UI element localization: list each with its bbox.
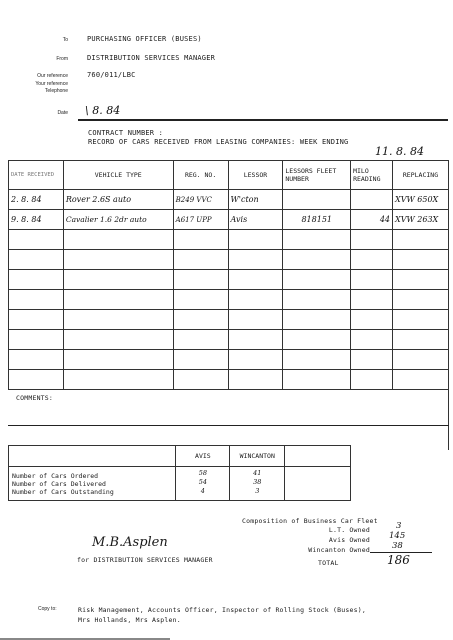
cell-milo: [351, 190, 393, 210]
label-delivered: Number of Cars Delivered: [12, 480, 172, 488]
signature: M.B.Asplen: [92, 535, 168, 550]
cars-received-table: DATE RECEIVED VEHICLE TYPE REG. NO. LESS…: [8, 160, 449, 390]
cell-empty: [173, 330, 228, 350]
our-reference-value: 760/011/LBC: [87, 71, 136, 79]
fleet-avis-label: Avis Owned: [300, 536, 370, 544]
from-value: DISTRIBUTION SERVICES MANAGER: [87, 54, 215, 62]
table-header-row: DATE RECEIVED VEHICLE TYPE REG. NO. LESS…: [9, 161, 449, 190]
cell-empty: [228, 290, 283, 310]
fleet-total-value: 186: [387, 553, 410, 567]
cell-empty: [393, 350, 449, 370]
from-label: From: [18, 56, 68, 62]
table-row: [9, 230, 449, 250]
cell-empty: [9, 230, 64, 250]
cell-empty: [173, 250, 228, 270]
table-row: [9, 290, 449, 310]
cell-empty: [63, 350, 173, 370]
cell-empty: [228, 370, 283, 390]
cell-empty: [351, 310, 393, 330]
cell-empty: [63, 250, 173, 270]
fleet-lt-value: 3: [396, 521, 401, 531]
cell-empty: [228, 230, 283, 250]
cell-empty: [393, 370, 449, 390]
our-reference-label: Our reference: [18, 73, 68, 79]
col-lessor: LESSOR: [228, 161, 283, 190]
cars-summary-table: AVIS WINCANTON Number of Cars Ordered Nu…: [8, 445, 351, 501]
wincanton-ordered: 41: [233, 469, 281, 478]
cell-empty: [351, 370, 393, 390]
cell-empty: [228, 350, 283, 370]
cell-empty: [283, 370, 351, 390]
contract-number-label: CONTRACT NUMBER :: [88, 129, 163, 137]
header-divider: [78, 119, 448, 121]
cell-empty: [283, 250, 351, 270]
comments-divider: [8, 425, 449, 426]
fleet-wincanton-label: Wincanton Owned: [290, 546, 370, 554]
table-row: 2. 8. 84 Rover 2.6S auto B249 VVC W'cton…: [9, 190, 449, 210]
cell-empty: [283, 350, 351, 370]
cell-empty: [63, 310, 173, 330]
summary-col-wincanton: WINCANTON: [230, 446, 285, 467]
cell-replacing: XVW 650X: [393, 190, 449, 210]
cell-empty: [173, 270, 228, 290]
cell-fleet-number: [283, 190, 351, 210]
avis-delivered: 54: [179, 478, 226, 487]
cell-empty: [351, 350, 393, 370]
avis-ordered: 58: [179, 469, 226, 478]
col-replacing: REPLACING: [393, 161, 449, 190]
col-lessors-fleet-number: LESSORS FLEET NUMBER: [283, 161, 351, 190]
cell-empty: [351, 330, 393, 350]
cell-milo: 44: [351, 210, 393, 230]
table-row: [9, 330, 449, 350]
cell-empty: [9, 370, 64, 390]
telephone-label: Telephone: [18, 88, 68, 94]
wincanton-delivered: 38: [233, 478, 281, 487]
copy-to-line1: Risk Management, Accounts Officer, Inspe…: [78, 606, 366, 614]
record-title: RECORD OF CARS RECEIVED FROM LEASING COM…: [88, 138, 348, 146]
page-frame-right: [448, 160, 449, 450]
copy-to-label: Copy to:: [38, 606, 57, 612]
cell-empty: [9, 250, 64, 270]
to-value: PURCHASING OFFICER (BUSES): [87, 35, 202, 43]
col-vehicle-type: VEHICLE TYPE: [63, 161, 173, 190]
cell-empty: [173, 290, 228, 310]
avis-outstanding: 4: [179, 487, 226, 496]
cell-empty: [283, 290, 351, 310]
cell-empty: [393, 330, 449, 350]
cell-empty: [63, 330, 173, 350]
signature-caption: for DISTRIBUTION SERVICES MANAGER: [77, 556, 213, 564]
cell-empty: [228, 250, 283, 270]
cell-date: 2. 8. 84: [9, 190, 64, 210]
cell-lessor: Avis: [228, 210, 283, 230]
cell-empty: [393, 310, 449, 330]
cell-empty: [173, 310, 228, 330]
table-row: [9, 250, 449, 270]
cell-empty: [283, 310, 351, 330]
cell-empty: [63, 290, 173, 310]
cell-empty: [63, 370, 173, 390]
cell-empty: [9, 310, 64, 330]
cell-empty: [173, 350, 228, 370]
cell-reg: B249 VVC: [173, 190, 228, 210]
comments-label: COMMENTS:: [16, 394, 53, 402]
cell-vehicle: Cavalier 1.6 2dr auto: [63, 210, 173, 230]
fleet-total-label: TOTAL: [318, 559, 339, 567]
copy-to-line2: Mrs Hollands, Mrs Asplen.: [78, 616, 181, 624]
wincanton-outstanding: 3: [233, 487, 281, 496]
table-row: [9, 310, 449, 330]
cell-empty: [393, 230, 449, 250]
summary-col-avis: AVIS: [176, 446, 230, 467]
cell-empty: [9, 330, 64, 350]
to-label: To: [18, 37, 68, 43]
your-reference-label: Your reference: [18, 81, 68, 87]
cell-empty: [351, 290, 393, 310]
cell-empty: [173, 370, 228, 390]
cell-empty: [351, 250, 393, 270]
cell-empty: [393, 270, 449, 290]
cell-lessor: W'cton: [228, 190, 283, 210]
col-date-received: DATE RECEIVED: [9, 161, 64, 190]
cell-empty: [283, 270, 351, 290]
fleet-wincanton-value: 38: [392, 541, 403, 551]
table-row: [9, 270, 449, 290]
fleet-avis-value: 145: [389, 531, 405, 541]
cell-date: 9. 8. 84: [9, 210, 64, 230]
week-ending-value: 11. 8. 84: [375, 145, 424, 158]
cell-empty: [9, 290, 64, 310]
cell-vehicle: Rover 2.6S auto: [63, 190, 173, 210]
summary-row-labels: Number of Cars Ordered Number of Cars De…: [9, 467, 176, 501]
cell-empty: [393, 250, 449, 270]
summary-header-blank: [9, 446, 176, 467]
cell-empty: [63, 270, 173, 290]
col-reg-no: REG. NO.: [173, 161, 228, 190]
cell-empty: [173, 230, 228, 250]
cell-reg: A617 UPP: [173, 210, 228, 230]
cell-empty: [228, 310, 283, 330]
date-value: \ 8. 84: [85, 104, 120, 117]
cell-empty: [283, 330, 351, 350]
cell-empty: [228, 270, 283, 290]
fleet-title: Composition of Business Car Fleet: [242, 517, 378, 525]
wincanton-values: 41 38 3: [230, 467, 285, 501]
cell-empty: [351, 270, 393, 290]
avis-values: 58 54 4: [176, 467, 230, 501]
summary-header-extra: [285, 446, 351, 467]
label-outstanding: Number of Cars Outstanding: [12, 488, 172, 496]
fleet-lt-label: L.T. Owned: [300, 526, 370, 534]
cell-empty: [393, 290, 449, 310]
table-row: [9, 350, 449, 370]
cell-empty: [351, 230, 393, 250]
cell-replacing: XVW 263X: [393, 210, 449, 230]
table-row: 9. 8. 84 Cavalier 1.6 2dr auto A617 UPP …: [9, 210, 449, 230]
cell-empty: [9, 350, 64, 370]
cell-empty: [283, 230, 351, 250]
col-milo-reading: MILO READING: [351, 161, 393, 190]
summary-extra-cell: [285, 467, 351, 501]
summary-row: Number of Cars Ordered Number of Cars De…: [9, 467, 351, 501]
cell-empty: [9, 270, 64, 290]
summary-header-row: AVIS WINCANTON: [9, 446, 351, 467]
table-row: [9, 370, 449, 390]
cell-empty: [228, 330, 283, 350]
cell-empty: [63, 230, 173, 250]
date-label: Date: [18, 110, 68, 116]
label-ordered: Number of Cars Ordered: [12, 472, 172, 480]
cell-fleet-number: 818151: [283, 210, 351, 230]
